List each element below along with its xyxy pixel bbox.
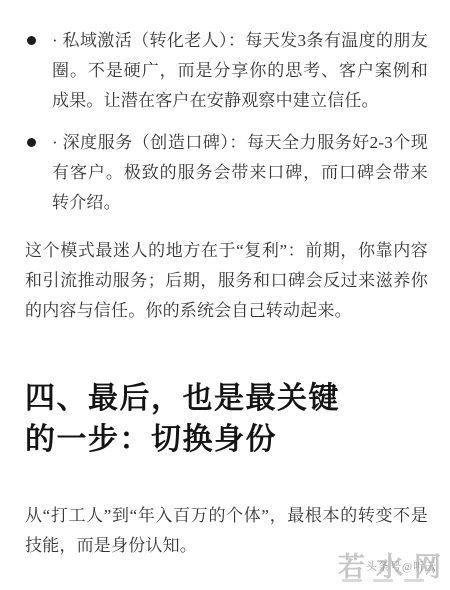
list-item: · 深度服务（创造口碑）：每天全力服务好2-3个现有客户。极致的服务会带来口碑，…	[25, 128, 428, 218]
section-heading-line2: 的一步：切换身份	[25, 419, 430, 460]
section-heading-line1: 四、最后，也是最关键	[25, 378, 430, 419]
bullet-icon	[27, 138, 36, 147]
paragraph-compound-interest: 这个模式最迷人的地方在于“复利”：前期，你靠内容和引流推动服务；后期，服务和口碑…	[0, 236, 450, 326]
watermark-fine-print-bar	[342, 579, 362, 582]
bullet-text-deep-service: · 深度服务（创造口碑）：每天全力服务好2-3个现有客户。极致的服务会带来口碑，…	[52, 133, 428, 212]
bullet-text-private-domain: · 私域激活（转化老人）：每天发3条有温度的朋友圈。不是硬广，而是分享你的思考、…	[52, 31, 428, 110]
bullet-icon	[27, 36, 36, 45]
bullet-list: · 私域激活（转化老人）：每天发3条有温度的朋友圈。不是硬广，而是分享你的思考、…	[0, 0, 450, 218]
watermark-fine-print	[342, 579, 424, 582]
watermark-fine-print-bar	[404, 579, 424, 582]
article-page: · 私域激活（转化老人）：每天发3条有温度的朋友圈。不是硬广，而是分享你的思考、…	[0, 0, 450, 590]
section-heading: 四、最后，也是最关键 的一步：切换身份	[25, 378, 430, 460]
paragraph-identity-shift: 从“打工人”到“年入百万的个体”，最根本的转变不是技能，而是身份认知。	[0, 501, 450, 561]
watermark-fine-print-bar	[373, 579, 393, 582]
list-item: · 私域激活（转化老人）：每天发3条有温度的朋友圈。不是硬广，而是分享你的思考、…	[25, 26, 428, 116]
